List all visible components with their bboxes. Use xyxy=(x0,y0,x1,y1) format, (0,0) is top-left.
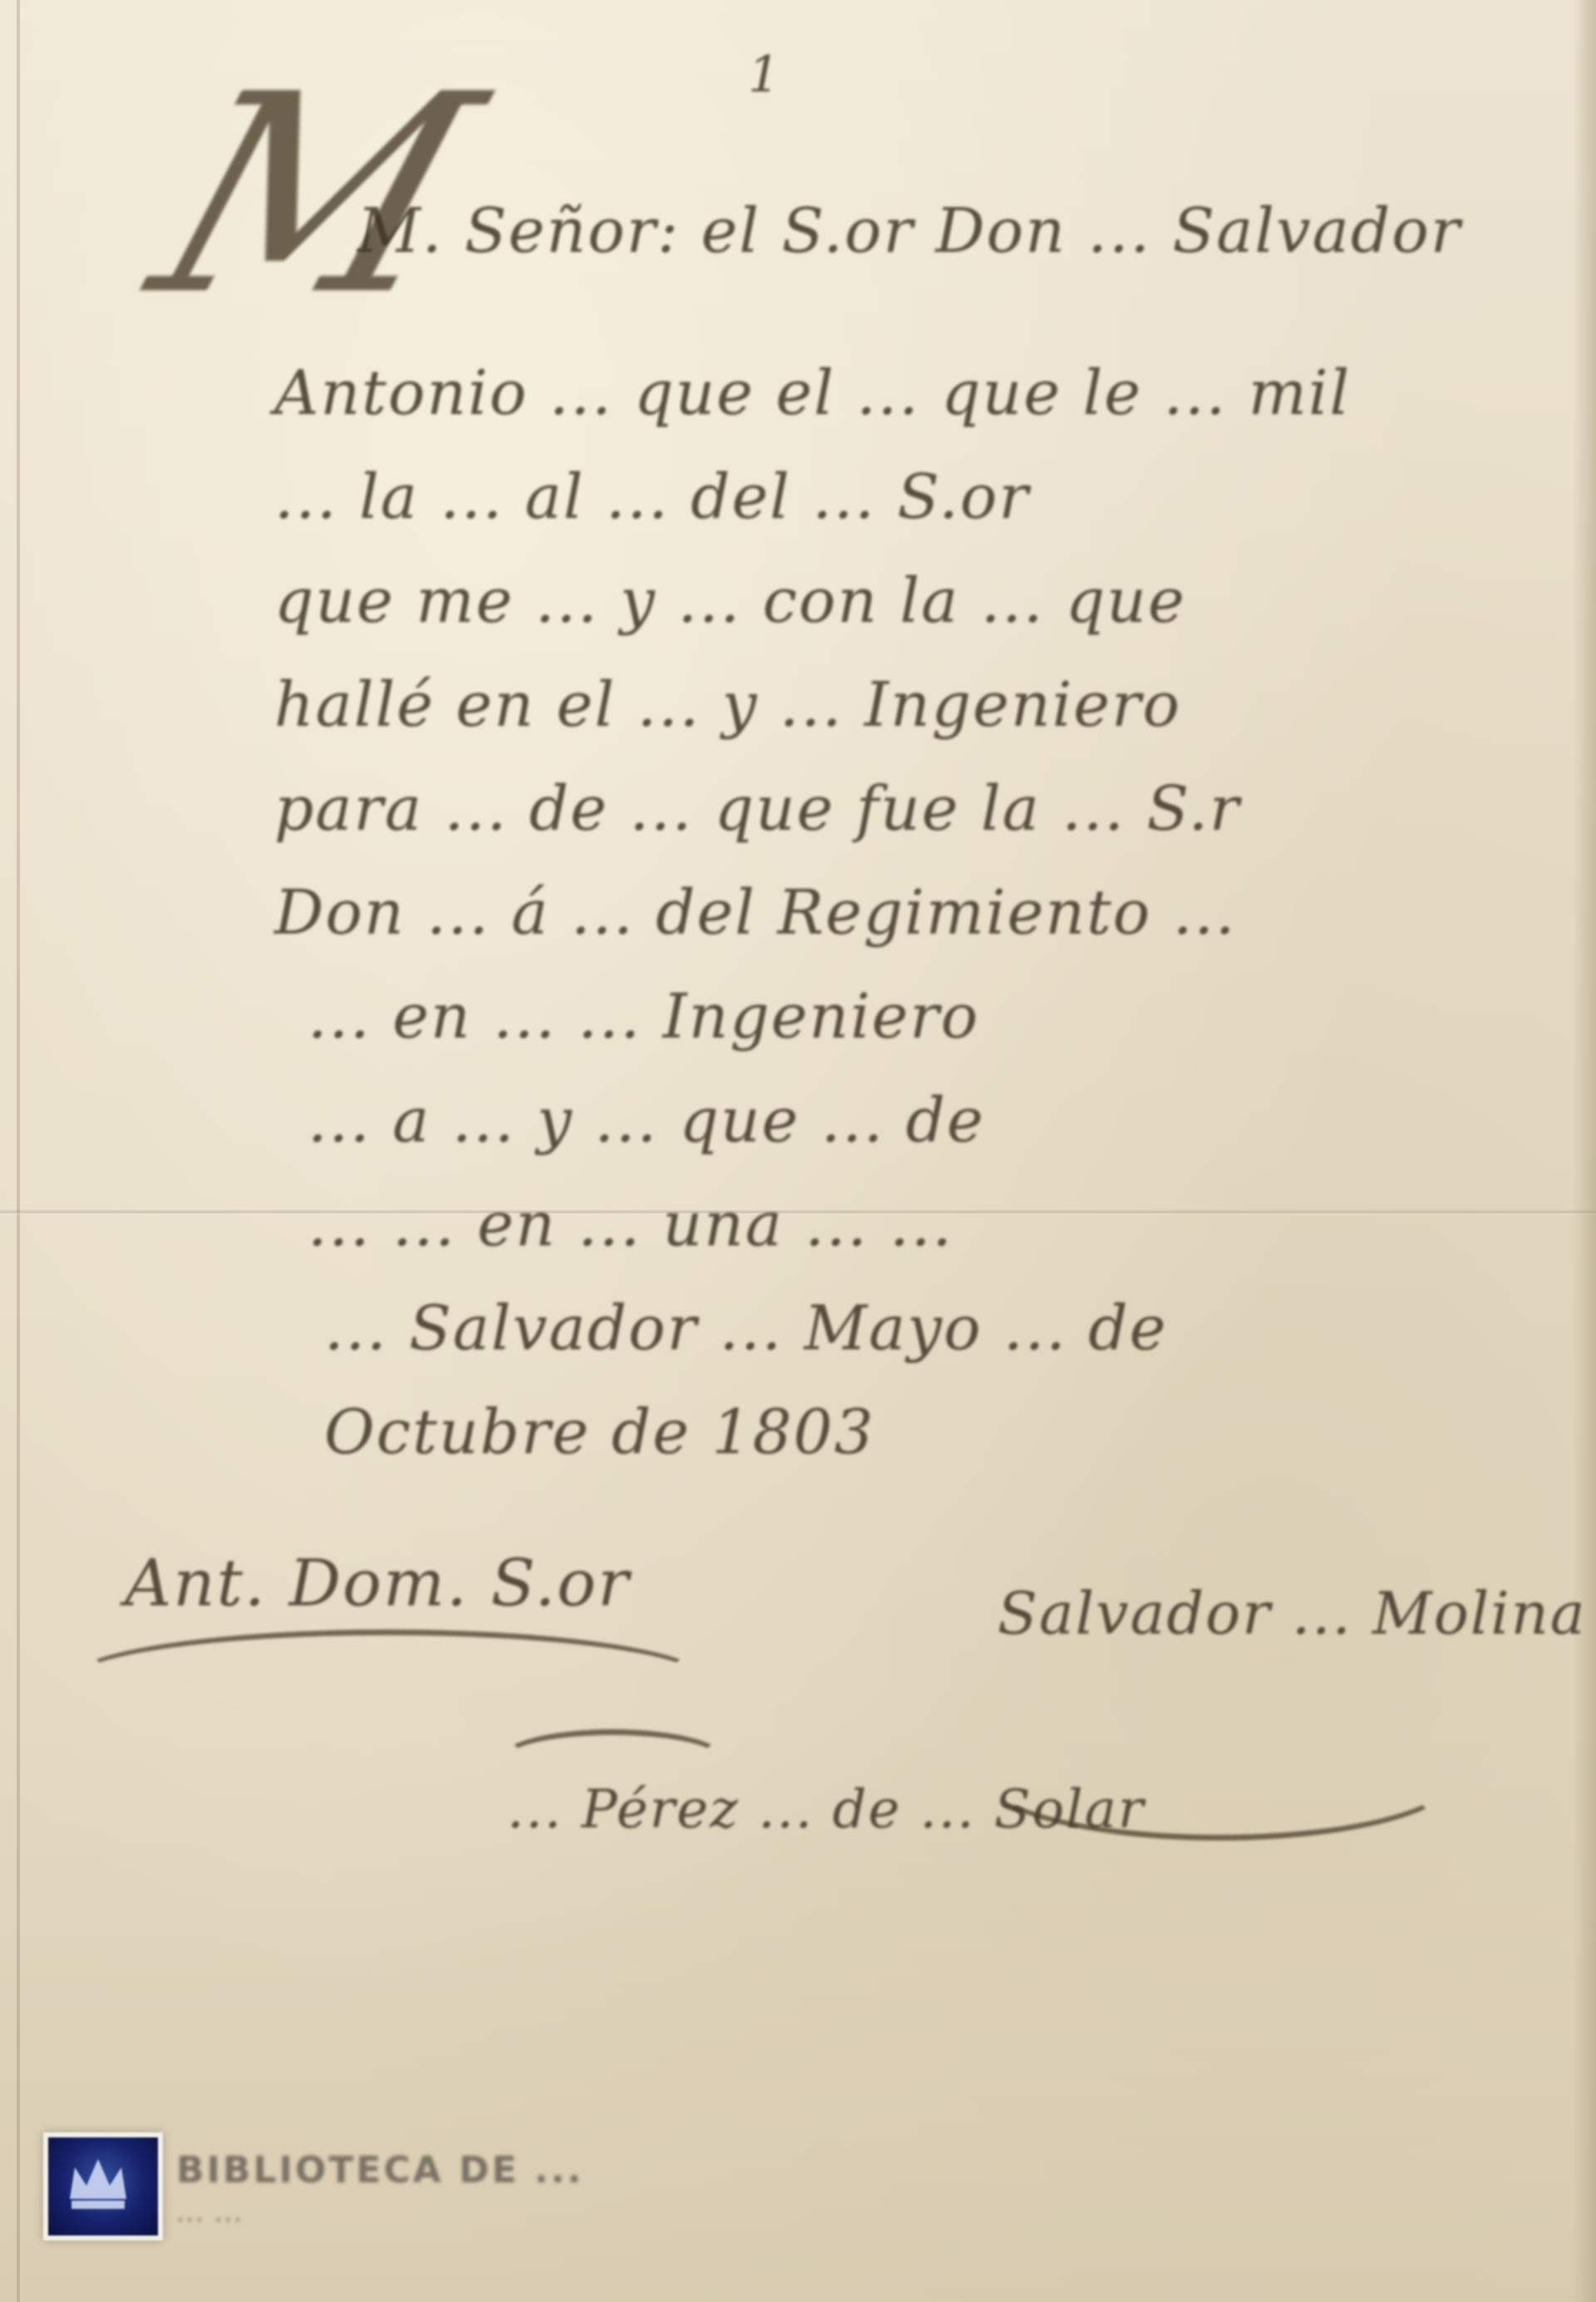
body-line: ... a ... y ... que ... de xyxy=(308,1085,985,1156)
crown-icon xyxy=(63,2149,133,2216)
body-line: Don ... á ... del Regimiento ... xyxy=(274,877,1236,949)
body-line: para ... de ... que fue la ... S.r xyxy=(274,773,1240,845)
watermark-subtitle: ... ... xyxy=(176,2199,244,2228)
signature-left: Ant. Dom. S.or xyxy=(125,1546,630,1621)
body-line: hallé en el ... y ... Ingeniero xyxy=(274,669,1181,741)
manuscript-page: 1 M M. Señor: el S.or Don ... Salvador A… xyxy=(0,0,1596,2302)
body-line: que me ... y ... con la ... que xyxy=(274,565,1186,637)
signature-right: Salvador ... Molina xyxy=(997,1580,1586,1648)
right-paper-edge xyxy=(1573,0,1596,2302)
body-line: ... ... en ... una ... ... xyxy=(308,1189,953,1260)
signature-flourish xyxy=(981,1713,1458,1841)
body-line: ... Salvador ... Mayo ... de xyxy=(324,1293,1167,1364)
body-line: ... en ... ... Ingeniero xyxy=(308,981,979,1052)
body-line: M. Señor: el S.or Don ... Salvador xyxy=(357,195,1461,267)
body-line: Antonio ... que el ... que le ... mil xyxy=(274,357,1351,429)
left-edge-crease xyxy=(17,0,20,2302)
date-line: Octubre de 1803 xyxy=(324,1397,875,1468)
library-logo xyxy=(43,2132,163,2240)
body-line: ... la ... al ... del ... S.or xyxy=(274,461,1030,533)
folio-mark: 1 xyxy=(748,46,781,104)
watermark-title: BIBLIOTECA DE ... xyxy=(176,2149,584,2191)
signature-flourish xyxy=(499,1729,727,1791)
signature-flourish xyxy=(66,1629,710,1733)
